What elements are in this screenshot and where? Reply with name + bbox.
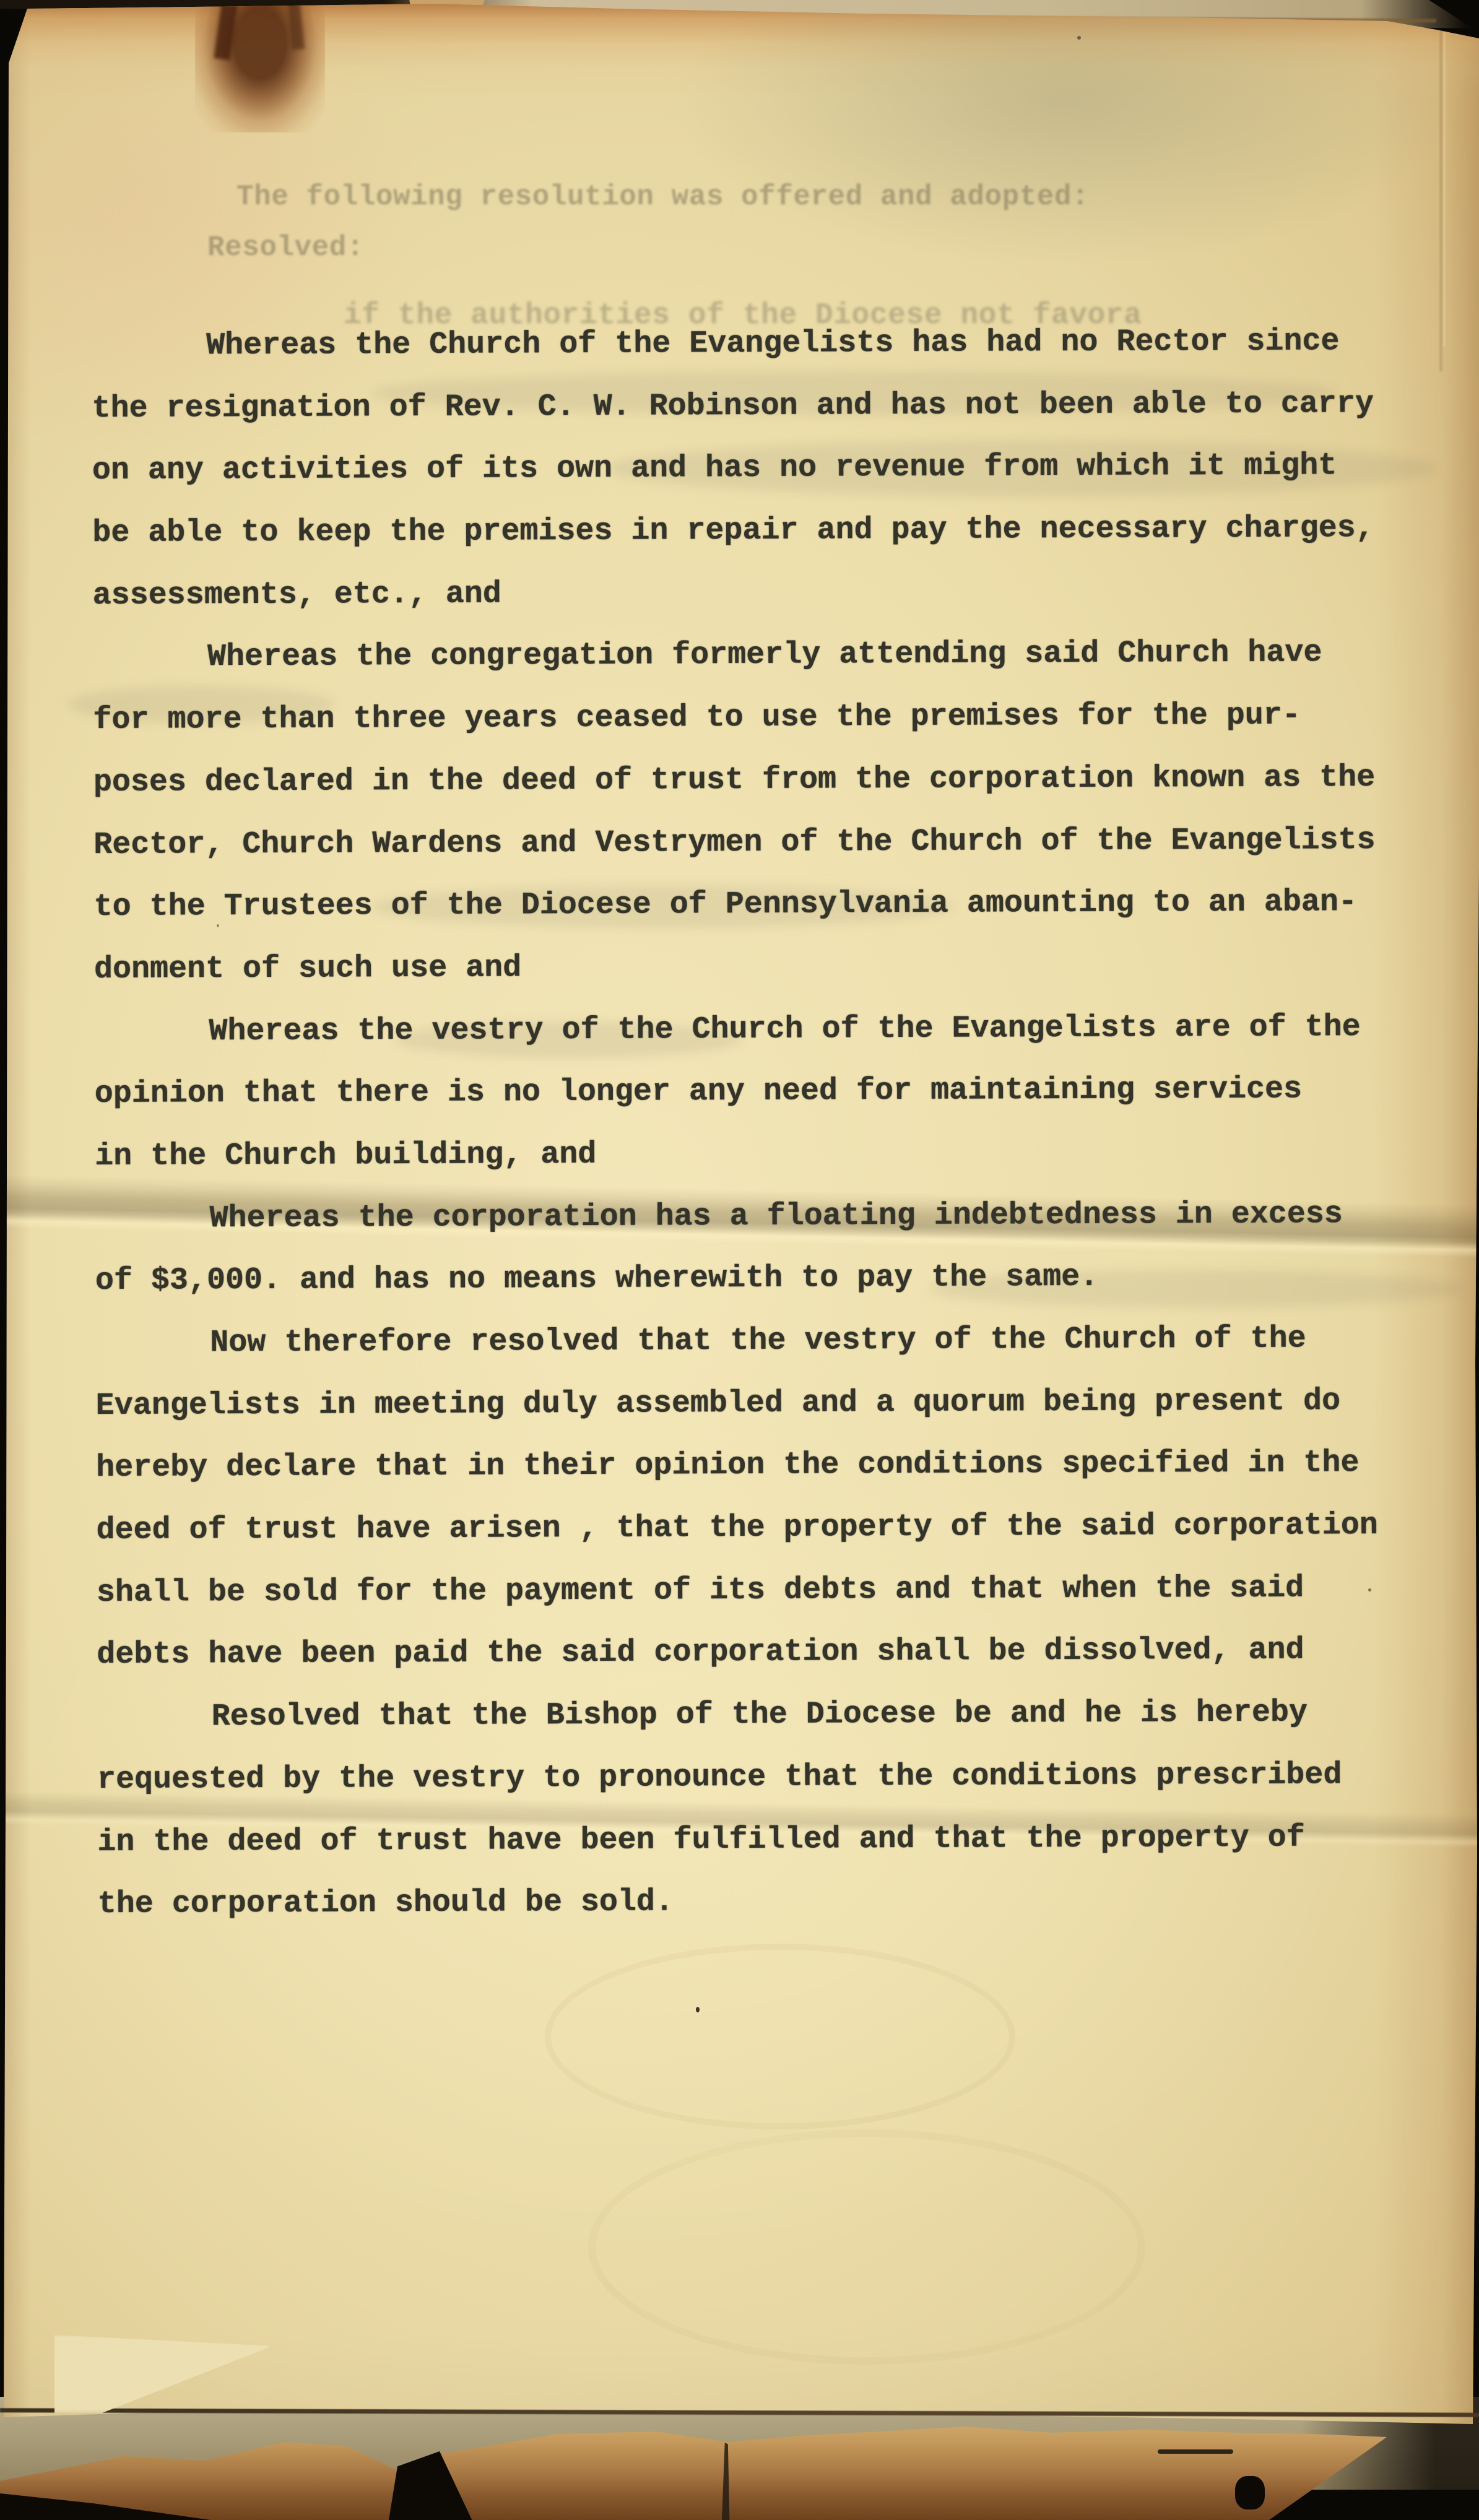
typed-line: in the deed of trust have been fulfilled… <box>97 1806 1472 1874</box>
typed-line: requested by the vestry to pronounce tha… <box>97 1744 1472 1811</box>
faint-stain-ring <box>588 2129 1145 2365</box>
typed-line: the corporation should be sold. <box>98 1869 1472 1936</box>
typed-line: on any activities of its own and has no … <box>92 435 1467 503</box>
typed-line: in the Church building, and <box>95 1120 1469 1188</box>
typed-line: donment of such use and <box>94 933 1468 1001</box>
fold-line <box>1444 25 1445 347</box>
typed-line: to the Trustees of the Diocese of Pennsy… <box>93 872 1468 939</box>
typed-line: Whereas the vestry of the Church of the … <box>94 996 1468 1063</box>
typed-line: Whereas the Church of the Evangelists ha… <box>92 310 1466 378</box>
tear-hole <box>1235 2476 1265 2509</box>
typed-line: Now therefore resolved that the vestry o… <box>95 1307 1470 1375</box>
typed-line: Whereas the congregation formerly attend… <box>93 622 1467 690</box>
typed-line: shall be sold for the payment of its deb… <box>97 1557 1471 1624</box>
typed-line: for more than three years ceased to use … <box>93 685 1467 752</box>
ghost-text-line: Resolved: <box>207 233 364 262</box>
dark-mark <box>1158 2449 1233 2454</box>
typed-line: opinion that there is no longer any need… <box>95 1059 1469 1126</box>
typed-line: Evangelists in meeting duly assembled an… <box>96 1370 1470 1437</box>
scanned-document-page: The following resolution was offered and… <box>0 0 1479 2520</box>
typed-text-block: Whereas the Church of the Evangelists ha… <box>92 310 1472 1936</box>
typed-line: Whereas the corporation has a floating i… <box>95 1183 1469 1250</box>
typed-line: debts have been paid the said corporatio… <box>97 1619 1471 1687</box>
typed-line: Resolved that the Bishop of the Diocese … <box>97 1682 1472 1749</box>
typed-line: deed of trust have arisen , that the pro… <box>96 1495 1470 1562</box>
typed-line: hereby declare that in their opinion the… <box>96 1432 1470 1500</box>
typed-line: be able to keep the premises in repair a… <box>92 498 1467 565</box>
burn-stain <box>195 0 325 132</box>
main-paper-sheet: The following resolution was offered and… <box>0 0 1479 2520</box>
ink-speck <box>696 2007 700 2012</box>
typed-line: assessments, etc., and <box>93 560 1467 627</box>
faint-stain-ring <box>545 1944 1015 2129</box>
typed-line: Rector, Church Wardens and Vestrymen of … <box>93 809 1468 877</box>
ghost-text-line: The following resolution was offered and… <box>236 183 1089 211</box>
typed-line: poses declared in the deed of trust from… <box>93 747 1468 814</box>
ink-speck <box>1077 36 1081 40</box>
typed-line: the resignation of Rev. C. W. Robinson a… <box>92 373 1466 440</box>
typed-line: of $3,000. and has no means wherewith to… <box>95 1245 1470 1313</box>
